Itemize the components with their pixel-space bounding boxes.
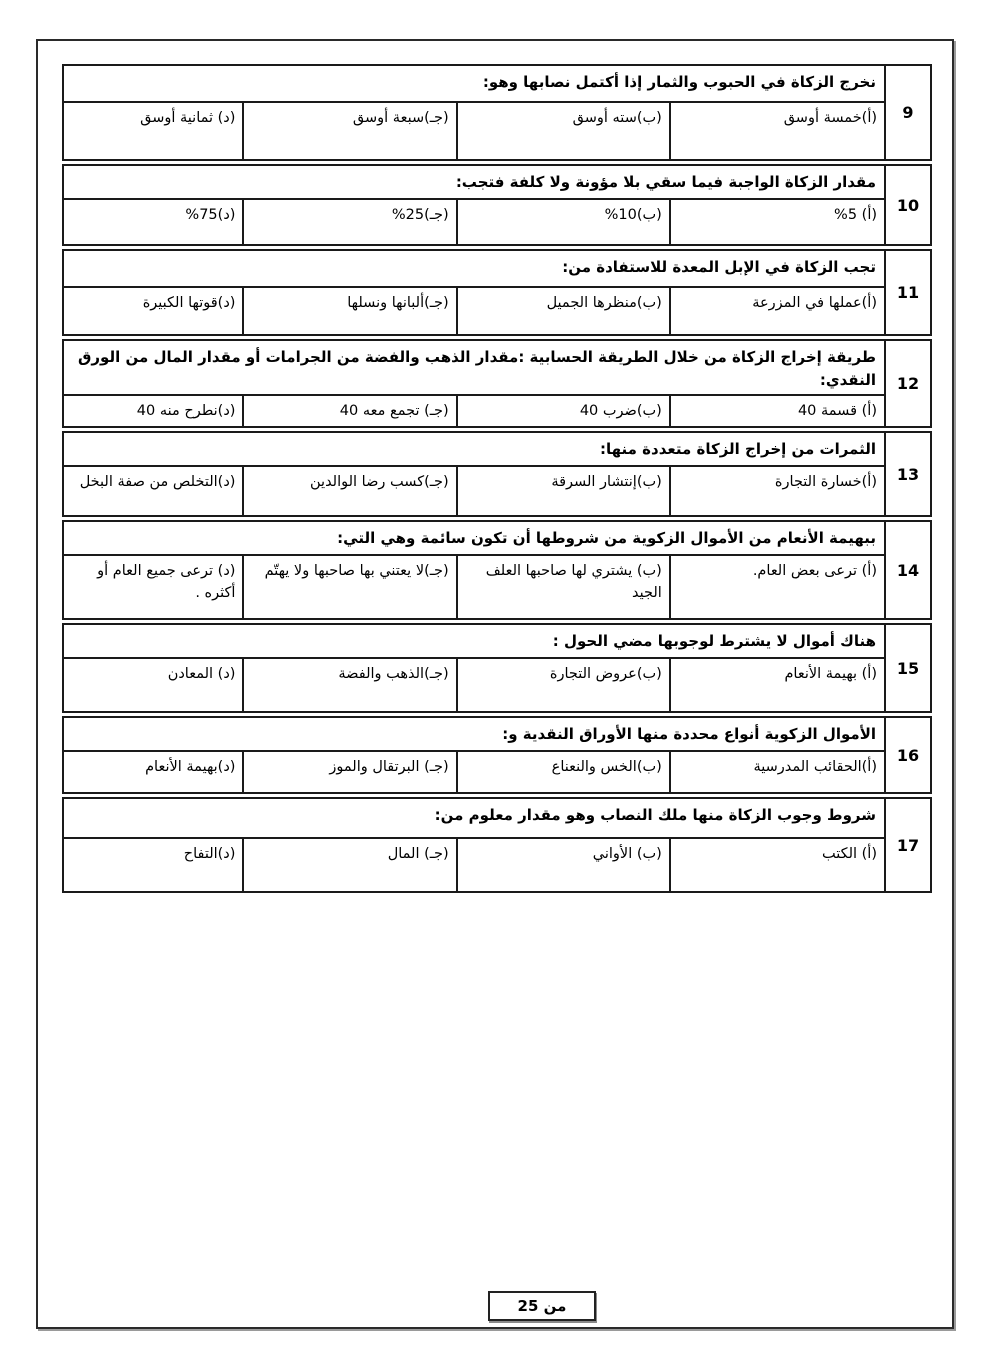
question-body: تجب الزكاة في الإبل المعدة للاستفادة من:… bbox=[64, 251, 884, 334]
question-text: شروط وجوب الزكاة منها ملك النصاب وهو مقد… bbox=[64, 799, 884, 839]
question-block-10: 10 مقدار الزكاة الواجبة فيما سقي بلا مؤو… bbox=[62, 164, 932, 246]
footer: 2من 5 bbox=[38, 1291, 952, 1321]
exam-page: 9 نخرج الزكاة في الحبوب والثمار إذا أكتم… bbox=[36, 39, 954, 1329]
option-c: (جـ)25% bbox=[244, 200, 457, 244]
question-text: مقدار الزكاة الواجبة فيما سقي بلا مؤونة … bbox=[64, 166, 884, 200]
option-d: (د)نطرح منه 40 bbox=[64, 396, 244, 426]
option-b: (ب)الخس والنعناع bbox=[458, 752, 671, 792]
question-text: الثمرات من إخراج الزكاة متعددة منها: bbox=[64, 433, 884, 467]
question-block-17: 17 شروط وجوب الزكاة منها ملك النصاب وهو … bbox=[62, 797, 932, 893]
question-text: طريقة إخراج الزكاة من خلال الطريقة الحسا… bbox=[64, 341, 884, 396]
question-number: 17 bbox=[884, 799, 930, 891]
options-row: (أ)عملها في المزرعة (ب)منظرها الجميل (جـ… bbox=[64, 288, 884, 334]
option-a: (أ)خمسة أوسق bbox=[671, 103, 884, 159]
option-d: (د) المعادن bbox=[64, 659, 244, 711]
option-c: (جـ) تجمع معه 40 bbox=[244, 396, 457, 426]
option-d: (د)التخلص من صفة البخل bbox=[64, 467, 244, 515]
question-number: 14 bbox=[884, 522, 930, 618]
question-text: تجب الزكاة في الإبل المعدة للاستفادة من: bbox=[64, 251, 884, 288]
option-c: (جـ)كسب رضا الوالدين bbox=[244, 467, 457, 515]
option-a: (أ) الكتب bbox=[671, 839, 884, 891]
option-b: (ب)سته أوسق bbox=[458, 103, 671, 159]
question-block-16: 16 الأموال الزكوية أنواع محددة منها الأو… bbox=[62, 716, 932, 794]
options-row: (أ)خسارة التجارة (ب)إنتشار السرقة (جـ)كس… bbox=[64, 467, 884, 515]
question-block-9: 9 نخرج الزكاة في الحبوب والثمار إذا أكتم… bbox=[62, 64, 932, 161]
option-a: (أ)عملها في المزرعة bbox=[671, 288, 884, 334]
option-d: (د)بهيمة الأنعام bbox=[64, 752, 244, 792]
options-row: (أ) الكتب (ب) الأواني (جـ) المال (د)التف… bbox=[64, 839, 884, 891]
option-d: (د)75% bbox=[64, 200, 244, 244]
question-number: 13 bbox=[884, 433, 930, 515]
questions-table: 9 نخرج الزكاة في الحبوب والثمار إذا أكتم… bbox=[62, 64, 932, 896]
question-body: ببهيمة الأنعام من الأموال الزكوية من شرو… bbox=[64, 522, 884, 618]
option-b: (ب)منظرها الجميل bbox=[458, 288, 671, 334]
options-row: (أ)الحقائب المدرسية (ب)الخس والنعناع (جـ… bbox=[64, 752, 884, 792]
question-body: نخرج الزكاة في الحبوب والثمار إذا أكتمل … bbox=[64, 66, 884, 159]
question-body: الأموال الزكوية أنواع محددة منها الأوراق… bbox=[64, 718, 884, 792]
option-c: (جـ) المال bbox=[244, 839, 457, 891]
question-number: 10 bbox=[884, 166, 930, 244]
option-b: (ب)عروض التجارة bbox=[458, 659, 671, 711]
option-d: (د) ترعى جميع العام أو أكثره . bbox=[64, 556, 244, 618]
options-row: (أ) ترعى بعض العام. (ب) يشتري لها صاحبها… bbox=[64, 556, 884, 618]
question-number: 11 bbox=[884, 251, 930, 334]
option-a: (أ) بهيمة الأنعام bbox=[671, 659, 884, 711]
option-c: (جـ)سبعة أوسق bbox=[244, 103, 457, 159]
question-text: الأموال الزكوية أنواع محددة منها الأوراق… bbox=[64, 718, 884, 752]
option-b: (ب) يشتري لها صاحبها العلف الجيد bbox=[458, 556, 671, 618]
option-a: (أ) 5% bbox=[671, 200, 884, 244]
option-d: (د) ثمانية أوسق bbox=[64, 103, 244, 159]
option-b: (ب)10% bbox=[458, 200, 671, 244]
options-row: (أ)خمسة أوسق (ب)سته أوسق (جـ)سبعة أوسق (… bbox=[64, 103, 884, 159]
question-block-12: 12 طريقة إخراج الزكاة من خلال الطريقة ال… bbox=[62, 339, 932, 428]
option-a: (أ) قسمة 40 bbox=[671, 396, 884, 426]
question-text: ببهيمة الأنعام من الأموال الزكوية من شرو… bbox=[64, 522, 884, 556]
option-c: (جـ)الذهب والفضة bbox=[244, 659, 457, 711]
question-body: مقدار الزكاة الواجبة فيما سقي بلا مؤونة … bbox=[64, 166, 884, 244]
blank-area bbox=[38, 896, 952, 1291]
option-a: (أ) ترعى بعض العام. bbox=[671, 556, 884, 618]
question-text: نخرج الزكاة في الحبوب والثمار إذا أكتمل … bbox=[64, 66, 884, 103]
option-d: (د)التفاح bbox=[64, 839, 244, 891]
question-body: شروط وجوب الزكاة منها ملك النصاب وهو مقد… bbox=[64, 799, 884, 891]
question-block-13: 13 الثمرات من إخراج الزكاة متعددة منها: … bbox=[62, 431, 932, 517]
question-number: 16 bbox=[884, 718, 930, 792]
question-body: الثمرات من إخراج الزكاة متعددة منها: (أ)… bbox=[64, 433, 884, 515]
question-block-14: 14 ببهيمة الأنعام من الأموال الزكوية من … bbox=[62, 520, 932, 620]
question-number: 15 bbox=[884, 625, 930, 711]
options-row: (أ) قسمة 40 (ب)ضرب 40 (جـ) تجمع معه 40 (… bbox=[64, 396, 884, 426]
option-c: (جـ) البرتقال والموز bbox=[244, 752, 457, 792]
option-d: (د)قوتها الكبيرة bbox=[64, 288, 244, 334]
option-c: (جـ)ألبانها ونسلها bbox=[244, 288, 457, 334]
question-number: 9 bbox=[884, 66, 930, 159]
options-row: (أ) بهيمة الأنعام (ب)عروض التجارة (جـ)ال… bbox=[64, 659, 884, 711]
option-a: (أ)الحقائب المدرسية bbox=[671, 752, 884, 792]
question-body: هناك أموال لا يشترط لوجوبها مضي الحول : … bbox=[64, 625, 884, 711]
option-c: (جـ)لا يعتني بها صاحبها ولا يهتّم bbox=[244, 556, 457, 618]
question-number: 12 bbox=[884, 341, 930, 426]
question-text: هناك أموال لا يشترط لوجوبها مضي الحول : bbox=[64, 625, 884, 659]
options-row: (أ) 5% (ب)10% (جـ)25% (د)75% bbox=[64, 200, 884, 244]
option-b: (ب)ضرب 40 bbox=[458, 396, 671, 426]
option-b: (ب) الأواني bbox=[458, 839, 671, 891]
option-a: (أ)خسارة التجارة bbox=[671, 467, 884, 515]
question-block-11: 11 تجب الزكاة في الإبل المعدة للاستفادة … bbox=[62, 249, 932, 336]
page-number-box: 2من 5 bbox=[488, 1291, 596, 1321]
question-block-15: 15 هناك أموال لا يشترط لوجوبها مضي الحول… bbox=[62, 623, 932, 713]
question-body: طريقة إخراج الزكاة من خلال الطريقة الحسا… bbox=[64, 341, 884, 426]
option-b: (ب)إنتشار السرقة bbox=[458, 467, 671, 515]
